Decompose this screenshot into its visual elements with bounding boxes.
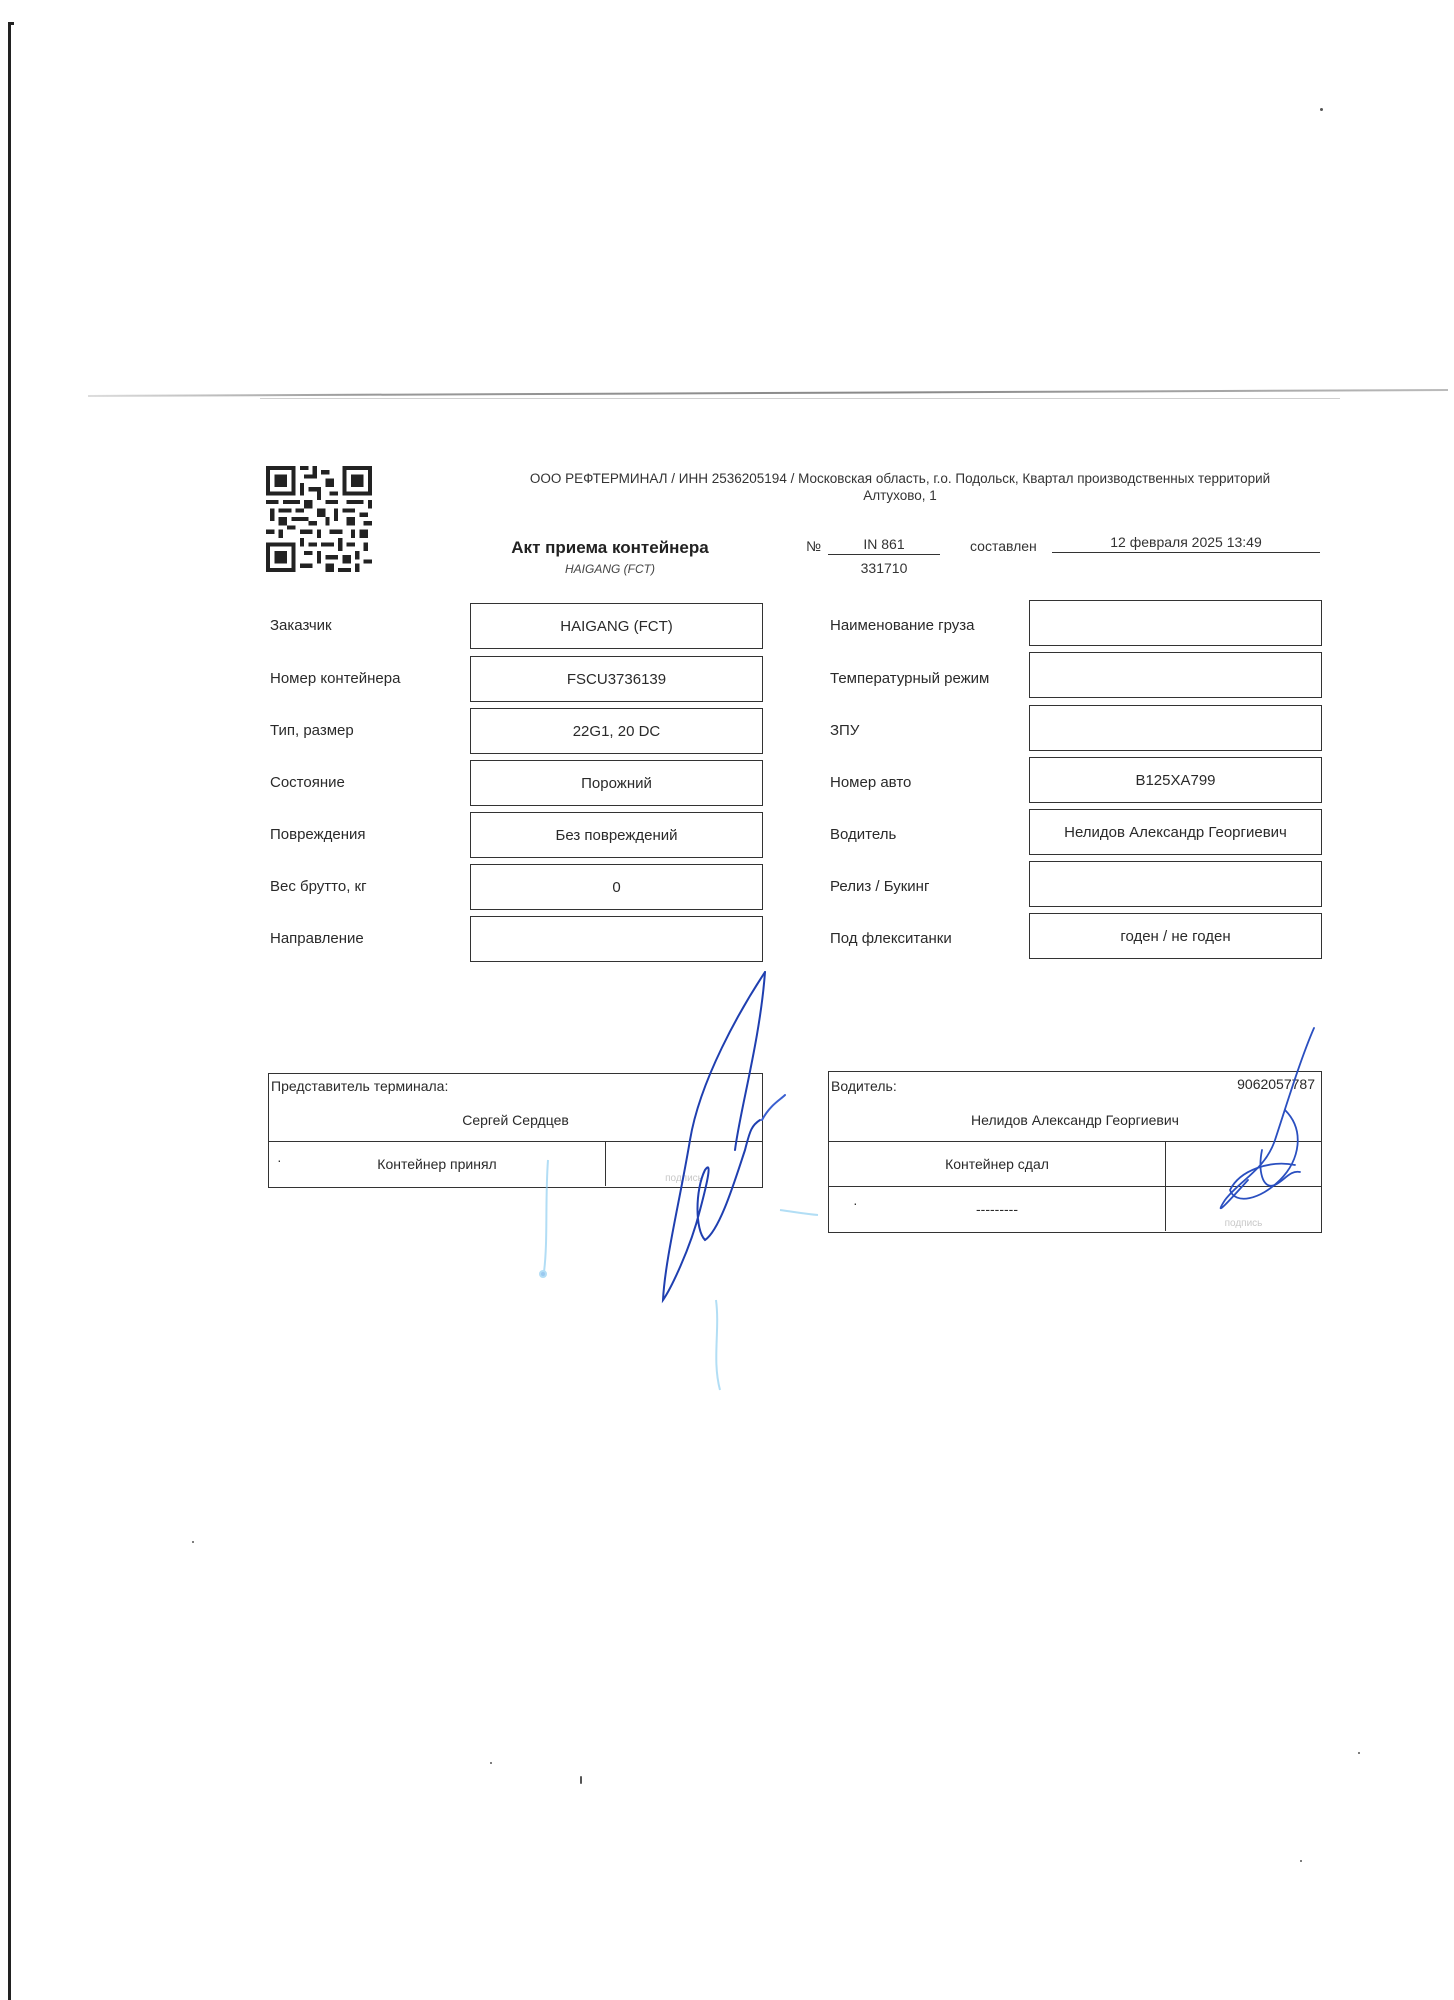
driver-row: Водитель: 9062057787 Нелидов Александр Г…	[829, 1072, 1321, 1142]
terminal-rep-name: Сергей Сердцев	[269, 1112, 762, 1128]
field-value-gross-weight: 0	[470, 864, 763, 910]
driver-signature-cell	[1165, 1142, 1321, 1186]
organization-header: ООО РЕФТЕРМИНАЛ / ИНН 2536205194 / Моско…	[470, 470, 1330, 504]
document-number-sub: 331710	[828, 560, 940, 576]
field-value-cargo-name	[1029, 600, 1322, 646]
fold-line-shadow	[260, 398, 1340, 399]
driver-title: Водитель:	[831, 1078, 897, 1094]
field-value-condition: Порожний	[470, 760, 763, 806]
qr-code-icon	[266, 466, 372, 572]
compiled-date: 12 февраля 2025 13:49	[1052, 534, 1320, 553]
container-accepted-label: Контейнер принял	[269, 1142, 605, 1186]
terminal-signature-cell: подпись	[605, 1142, 762, 1186]
field-label-temperature: Температурный режим	[830, 670, 989, 687]
terminal-rep-title: Представитель терминала:	[271, 1078, 448, 1094]
fold-line	[88, 389, 1448, 397]
scan-speck	[490, 1762, 492, 1764]
signature-caption: подпись	[1225, 1218, 1263, 1229]
field-label-driver: Водитель	[830, 826, 896, 843]
scan-speck	[192, 1541, 194, 1543]
field-value-temperature	[1029, 652, 1322, 698]
field-label-seal: ЗПУ	[830, 722, 859, 739]
field-value-container-number: FSCU3736139	[470, 656, 763, 702]
compiled-label: составлен	[970, 538, 1037, 554]
field-label-gross-weight: Вес брутто, кг	[270, 878, 367, 895]
address-line: Алтухово, 1	[470, 487, 1330, 504]
driver-handover-row: Контейнер сдал	[829, 1142, 1321, 1187]
driver-signature-caption-cell: подпись	[1165, 1187, 1321, 1231]
organization-line: ООО РЕФТЕРМИНАЛ / ИНН 2536205194 / Моско…	[470, 470, 1330, 487]
field-value-type-size: 22G1, 20 DC	[470, 708, 763, 754]
field-label-damage: Повреждения	[270, 826, 366, 843]
field-value-seal	[1029, 705, 1322, 751]
field-label-vehicle-number: Номер авто	[830, 774, 911, 791]
document-number: IN 861	[828, 536, 940, 555]
scan-edge-mark	[8, 22, 11, 2000]
field-value-direction	[470, 916, 763, 962]
document-title: Акт приема контейнера	[490, 538, 730, 558]
field-value-flexitank: годен / не годен	[1029, 913, 1322, 959]
field-label-condition: Состояние	[270, 774, 345, 791]
scan-speck	[580, 1776, 582, 1784]
field-label-type-size: Тип, размер	[270, 722, 354, 739]
scan-speck	[1320, 108, 1323, 111]
number-label: №	[806, 538, 821, 554]
field-value-customer: HAIGANG (FCT)	[470, 603, 763, 649]
field-value-vehicle-number: B125XA799	[1029, 757, 1322, 803]
field-label-release-booking: Релиз / Букинг	[830, 878, 929, 895]
terminal-signature-stamp-trace-icon	[540, 1160, 818, 1390]
terminal-accept-row: · Контейнер принял подпись	[269, 1142, 762, 1186]
container-handed-over-label: Контейнер сдал	[829, 1142, 1165, 1186]
field-label-container-number: Номер контейнера	[270, 670, 400, 687]
signature-caption: подпись	[665, 1173, 703, 1184]
field-label-flexitank: Под флекситанки	[830, 930, 952, 947]
field-value-driver: Нелидов Александр Георгиевич	[1029, 809, 1322, 855]
driver-phone: 9062057787	[1237, 1076, 1315, 1092]
field-label-cargo-name: Наименование груза	[830, 617, 975, 634]
field-label-direction: Направление	[270, 930, 364, 947]
driver-extra-row: · --------- подпись	[829, 1187, 1321, 1231]
driver-name: Нелидов Александр Георгиевич	[829, 1112, 1321, 1128]
dashes-placeholder: ---------	[829, 1187, 1165, 1231]
driver-signature-table: Водитель: 9062057787 Нелидов Александр Г…	[828, 1071, 1322, 1233]
field-value-release-booking	[1029, 861, 1322, 907]
field-value-damage: Без повреждений	[470, 812, 763, 858]
handwritten-signatures	[0, 0, 1454, 2000]
terminal-rep-row: Представитель терминала: Сергей Сердцев	[269, 1074, 762, 1142]
document-subtitle: HAIGANG (FCT)	[490, 562, 730, 576]
scan-speck	[1300, 1860, 1302, 1862]
field-label-customer: Заказчик	[270, 617, 332, 634]
scan-edge-tick	[8, 22, 14, 25]
terminal-signature-table: Представитель терминала: Сергей Сердцев …	[268, 1073, 763, 1188]
scan-speck	[1358, 1752, 1360, 1754]
